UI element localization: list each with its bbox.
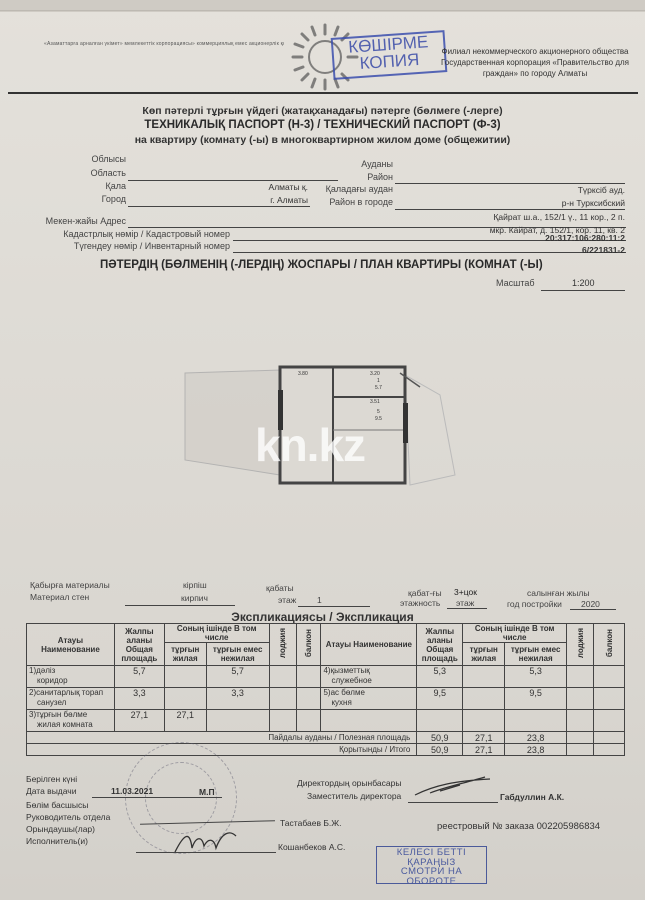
- dept-head-name: Тастабаев Б.Ж.: [280, 818, 341, 828]
- svg-text:1: 1: [377, 378, 380, 384]
- order-value: 002205986834: [537, 821, 600, 832]
- city-district-field: [395, 209, 625, 210]
- city-value-ru: г. Алматы: [200, 195, 308, 205]
- svg-text:3.20: 3.20: [370, 371, 380, 377]
- order-number: реестровый № заказа 002205986834: [437, 821, 600, 832]
- oblast-label-kz: Облысы: [60, 154, 126, 164]
- city-value-kz: Алматы қ.: [200, 182, 308, 192]
- header-living: тұрғын жилая: [164, 643, 206, 666]
- title-line-ru: на квартиру (комнату (-ы) в многоквартир…: [0, 134, 645, 146]
- issue-date-field: [92, 797, 222, 798]
- document-title: ТЕХНИКАЛЫҚ ПАСПОРТ (Н-3) / ТЕХНИЧЕСКИЙ П…: [0, 119, 645, 131]
- header-balcony-2: балкон: [594, 624, 625, 666]
- year-label-ru: год постройки: [507, 599, 562, 609]
- header-loggia: лоджия: [269, 624, 296, 666]
- dept-head-label-ru: Руководитель отдела: [26, 812, 110, 822]
- executor-label-ru: Исполнитель(и): [26, 836, 88, 846]
- useful-area-row: Пайдалы ауданы / Полезная площадь 50,9 2…: [27, 732, 625, 744]
- wall-material-label-ru: Материал стен: [30, 592, 89, 602]
- table-row: 3)тұрғын бөлмежилая комната 27,1 27,1: [27, 710, 625, 732]
- dept-head-label-kz: Бөлім басшысы: [26, 800, 88, 810]
- svg-text:3.51: 3.51: [370, 399, 380, 405]
- plan-title: ПӘТЕРДІҢ (БӨЛМЕНІҢ (-ЛЕРДІҢ) ЖОСПАРЫ / П…: [100, 259, 543, 271]
- kazakh-org-header: «Азаматтарға арналған үкімет» мемлекетті…: [44, 41, 284, 48]
- svg-text:9.5: 9.5: [375, 416, 382, 422]
- city-label-ru: Город: [60, 194, 126, 204]
- deputy-label-ru: Заместитель директора: [307, 791, 401, 801]
- oblast-label-ru: Область: [60, 168, 126, 178]
- table-row: 1)дәлізкоридор 5,7 5,7 4)қызметтықслужеб…: [27, 666, 625, 688]
- mp-mark: М.П: [199, 787, 215, 797]
- scale-label: Масштаб: [496, 278, 535, 288]
- inventory-value: 6/221831-2: [420, 245, 625, 255]
- header-loggia-2: лоджия: [567, 624, 594, 666]
- scale-field: [541, 290, 625, 291]
- district-label-ru: Район: [330, 172, 393, 182]
- header-total-area-2: Жалпы аланы Общая площадь: [417, 624, 463, 666]
- deputy-name: Габдуллин А.К.: [500, 792, 564, 802]
- svg-text:5: 5: [377, 409, 380, 415]
- floor-label-kz: қабаты: [266, 583, 294, 593]
- svg-text:5.7: 5.7: [375, 385, 382, 391]
- city-district-label-ru: Район в городе: [310, 197, 393, 207]
- district-label-kz: Ауданы: [330, 159, 393, 169]
- table-header-row: Атауы Наименование Жалпы аланы Общая пло…: [27, 624, 625, 643]
- storeys-value-ru: этаж: [456, 598, 474, 608]
- city-district-value-ru: р-н Турксибский: [430, 198, 625, 208]
- storeys-value-kz: 3+цок: [454, 587, 477, 597]
- city-field: [128, 206, 310, 207]
- storeys-label-kz: қабат-ғы: [408, 588, 442, 598]
- address-value-kz: Қайрат ш.а., 152/1 ү., 11 кор., 2 п.: [420, 212, 625, 222]
- header-divider: [8, 92, 638, 94]
- sheet-edge: [0, 10, 645, 11]
- table-row: 2)санитарлық торапсанузел 3,3 3,3 5)ас б…: [27, 688, 625, 710]
- city-district-value-kz: Түрксіб ауд.: [430, 185, 625, 195]
- svg-text:3.80: 3.80: [298, 371, 308, 377]
- explication-table: Атауы Наименование Жалпы аланы Общая пло…: [26, 623, 625, 756]
- cadastral-value: 20:317:106:280:11:2: [420, 233, 625, 243]
- deputy-signature-line: [408, 802, 498, 803]
- explication-title: Экспликациясы / Экспликация: [0, 610, 645, 624]
- storeys-field: [447, 608, 487, 609]
- year-label-kz: салынған жылы: [527, 588, 590, 598]
- site-watermark: kn.kz: [255, 418, 365, 472]
- russian-org-header: Филиал некоммерческого акционерного обще…: [430, 46, 640, 79]
- year-value: 2020: [581, 599, 600, 609]
- deputy-label-kz: Директордың орынбасары: [297, 778, 401, 788]
- see-reverse-stamp: КЕЛЕСІ БЕТТІ ҚАРАҢЫЗ СМОТРИ НА ОБОРОТЕ: [376, 846, 487, 884]
- inventory-label: Түгендеу нөмір / Инвентарный номер: [40, 241, 230, 251]
- district-field: [395, 183, 625, 184]
- storeys-label-ru: этажность: [400, 598, 440, 608]
- grand-total-row: Қорытынды / Итого 50,9 27,1 23,8: [27, 744, 625, 756]
- city-label-kz: Қала: [60, 181, 126, 191]
- header-name: Атауы Наименование: [27, 624, 115, 666]
- header-balcony: балкон: [296, 624, 321, 666]
- executor-name: Кошанбеков А.С.: [278, 842, 345, 852]
- header-name-2: Атауы Наименование: [321, 624, 417, 666]
- city-district-label-kz: Қаладағы аудан: [310, 184, 393, 194]
- header-total-area: Жалпы аланы Общая площадь: [114, 624, 164, 666]
- address-label: Мекен-жайы Адрес: [30, 216, 126, 226]
- issue-date-label-kz: Берілген күні: [26, 774, 77, 784]
- cadastral-label: Кадастрлық нөмір / Кадастровый номер: [40, 229, 230, 239]
- header-including: Соның ішінде В том числе: [164, 624, 269, 643]
- floor-field: [298, 606, 370, 607]
- deputy-signature: [410, 775, 500, 801]
- issue-date-value: 11.03.2021: [111, 786, 153, 796]
- oblast-field: [128, 180, 338, 181]
- scale-value: 1:200: [572, 278, 595, 288]
- header-living-2: тұрғын жилая: [463, 643, 505, 666]
- wall-material-value-kz: кірпіш: [183, 580, 207, 590]
- order-label: реестровый № заказа: [437, 821, 534, 832]
- header-including-2: Соның ішінде В том числе: [463, 624, 567, 643]
- wall-material-label-kz: Қабырға материалы: [30, 580, 110, 590]
- header-nonliving: тұрғын емес нежилая: [206, 643, 269, 666]
- floor-value: 1: [317, 595, 322, 605]
- executor-label-kz: Орындаушы(лар): [26, 824, 95, 834]
- issue-date-label-ru: Дата выдачи: [26, 786, 77, 796]
- floor-label-ru: этаж: [278, 595, 296, 605]
- header-nonliving-2: тұрғын емес нежилая: [505, 643, 567, 666]
- title-line-kz: Көп пәтерлі тұрғын үйдегі (жатақханадағы…: [0, 105, 645, 117]
- wall-material-field: [125, 605, 235, 606]
- executor-signature: [170, 828, 240, 856]
- wall-material-value-ru: кирпич: [181, 593, 208, 603]
